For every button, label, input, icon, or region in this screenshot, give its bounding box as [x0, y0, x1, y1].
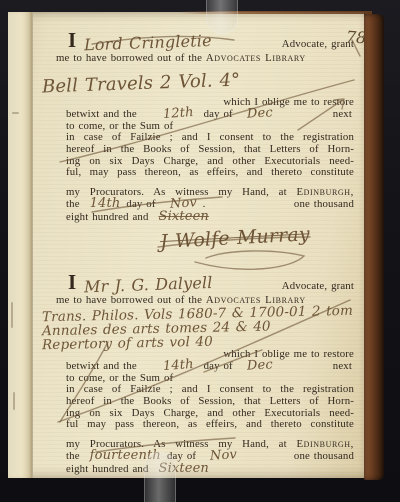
printed-advocate-grant: Advocate, grant — [282, 39, 354, 51]
printed-failzie-line: hereof in the Books of Session, that Let… — [66, 144, 354, 156]
witness-month: Nov — [169, 198, 197, 211]
the-text: the — [66, 451, 80, 463]
crossout-stroke — [195, 251, 304, 269]
drop-capital-i: I — [68, 32, 76, 48]
day-of-text: day of — [204, 109, 233, 121]
borrow-entry-1: I Lord Cringletie Advocate, grant me to … — [56, 32, 354, 243]
year-line: eight hundred and Sixteen — [66, 211, 354, 224]
restore-day: 14th — [162, 359, 193, 373]
printed-betwixt-line: betwixt and the 12th day of Dec next — [66, 108, 354, 121]
printed-failzie-line: ful, may pass thereon, as effeirs, and t… — [66, 167, 354, 179]
gutter-mark — [13, 392, 15, 410]
edinburgh-label: Edinburgh, — [296, 438, 354, 450]
photographed-register-scene: 78. I Lord Cringletie Advocate, grant me… — [0, 0, 400, 502]
restore-month: Dec — [246, 108, 272, 121]
day-of-text: day of — [126, 199, 155, 211]
book-list-line: Bell Travels 2 Vol. 4° — [42, 63, 355, 100]
printed-borrowed-line: me to have borrowed out of the Advocates… — [56, 53, 354, 65]
printed-oblige-line: which I oblige me to restore — [126, 97, 354, 109]
acrylic-strip-bottom — [144, 452, 176, 502]
signature: J Wolfe Murray — [160, 226, 354, 248]
one-thousand-text: one thousand — [294, 199, 354, 211]
borrow-entry-2: I Mr J. G. Dalyell Advocate, grant me to… — [56, 274, 354, 476]
acrylic-strip-top — [206, 0, 238, 34]
day-of-text: day of — [204, 361, 233, 373]
borrowed-text: me to have borrowed out of the — [56, 294, 202, 306]
borrower-name: Lord Cringletie — [84, 33, 278, 51]
year-line: eight hundred and Sixteen — [66, 463, 354, 476]
borrowed-text: me to have borrowed out of the — [56, 52, 202, 64]
printed-failzie-line: ful may pass thereon, as effeirs, and th… — [66, 419, 354, 431]
entry-opening-line: I Mr J. G. Dalyell Advocate, grant — [68, 274, 354, 295]
printed-failzie-line: hereof in the Books of Session, that Let… — [66, 396, 354, 408]
printed-advocate-grant: Advocate, grant — [282, 281, 354, 293]
printed-betwixt-line: betwixt and the 14th day of Dec next — [66, 360, 354, 373]
borrower-name: Mr J. G. Dalyell — [84, 275, 278, 293]
restore-day: 12th — [162, 107, 193, 121]
next-text: next — [333, 361, 352, 373]
advocates-library-label: Advocates Library — [206, 52, 306, 64]
one-thousand-text: one thousand — [294, 451, 354, 463]
restore-month: Dec — [246, 360, 272, 373]
drop-capital-i: I — [68, 274, 76, 290]
year-word: Sixteen — [159, 211, 209, 223]
page-gutter-stub — [8, 12, 33, 478]
witness-date-line: the fourteenth day of Nov one thousand — [66, 450, 354, 463]
gutter-mark — [11, 302, 13, 328]
gutter-mark — [12, 112, 19, 114]
eight-hundred-text: eight hundred and — [66, 464, 149, 476]
eight-hundred-text: eight hundred and — [66, 212, 149, 224]
entry-opening-line: I Lord Cringletie Advocate, grant — [68, 32, 354, 53]
witness-day: 14th — [90, 198, 121, 210]
edinburgh-label: Edinburgh, — [296, 186, 354, 198]
witness-month: Nov — [210, 450, 238, 463]
book-fore-edge — [364, 14, 384, 480]
register-page: 78. I Lord Cringletie Advocate, grant me… — [8, 12, 364, 478]
the-text: the — [66, 199, 80, 211]
next-text: next — [333, 109, 352, 121]
witness-date-line: the 14th day of Nov . one thousand — [66, 198, 354, 211]
